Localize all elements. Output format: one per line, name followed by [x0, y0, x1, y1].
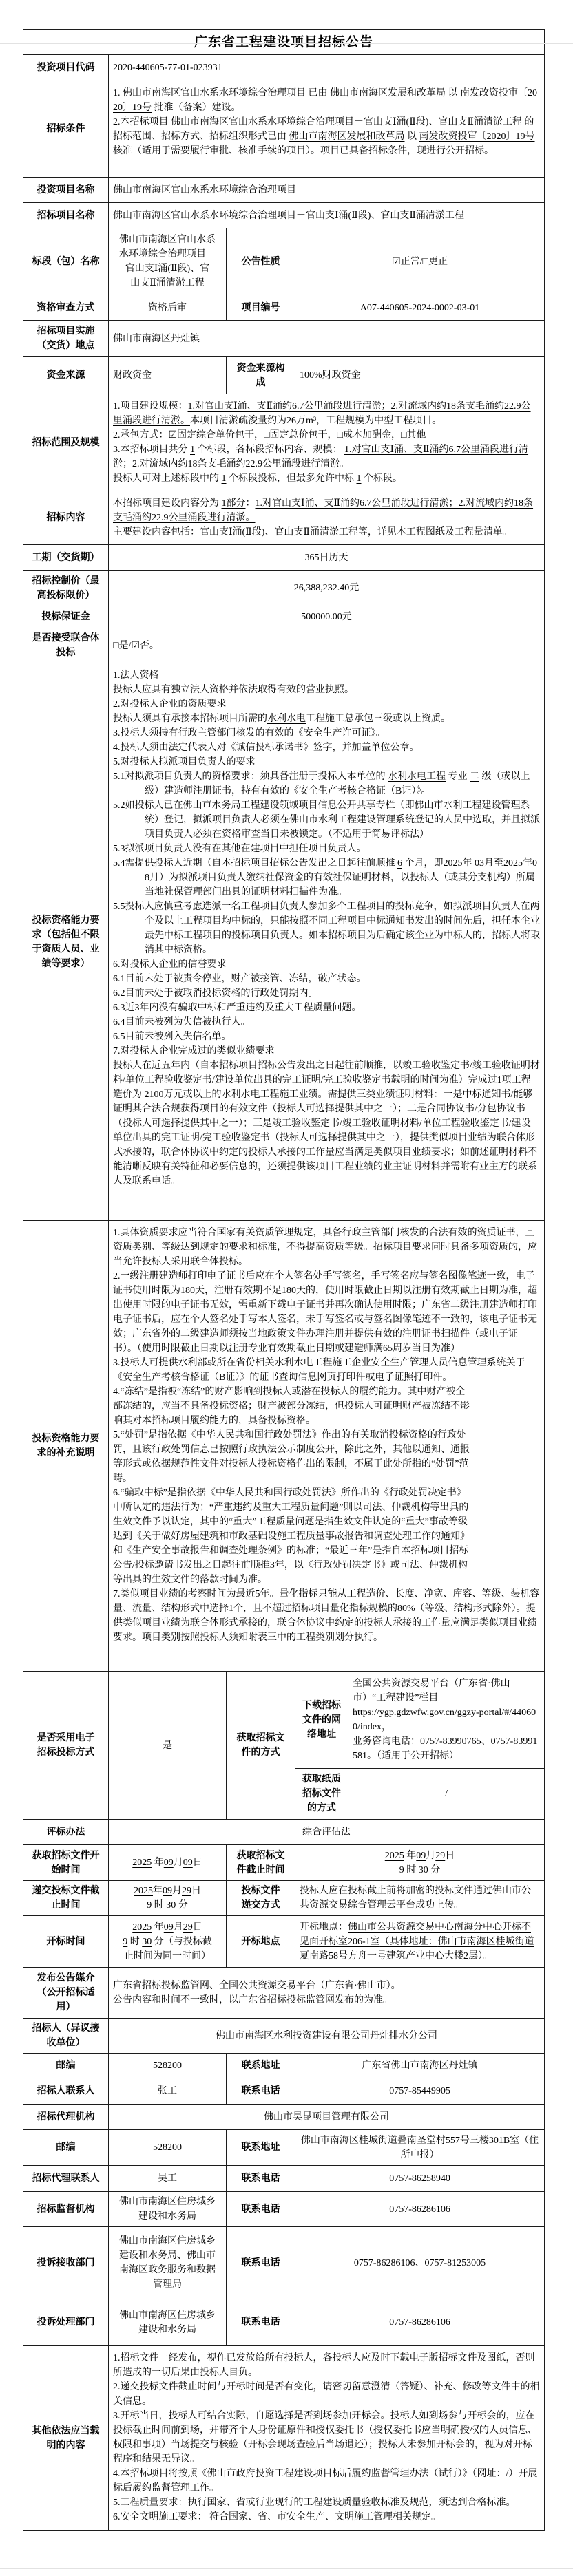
location-value: 佛山市南海区丹灶镇 — [109, 321, 545, 357]
media-value: 广东省招标投标监管网、全国公共资源交易平台（广东省·佛山市）。公告内容和时间不一… — [109, 1968, 545, 2019]
download-address-value: 全国公共资源交易平台（广东省·佛山市）“工程建设”栏目。https://ygp.… — [348, 1672, 545, 1769]
tenderer-postcode-label: 邮编 — [23, 2054, 109, 2078]
duration-value: 365日历天 — [109, 545, 545, 571]
row-agency-contact: 招标代理联系人 吴工 联系电话 0757-86258940 — [23, 2166, 545, 2192]
submission-method-value: 投标人应在投标截止前将加密的投标文件通过佛山市公共资源交易综合管理云平台成功上传… — [295, 1881, 545, 1916]
agency-value: 佛山市昊昆项目管理有限公司 — [109, 2105, 545, 2130]
row-supervisor: 招标监督机构 佛山市南海区住房城乡 建设和水务局 联系电话 0757-86286… — [23, 2192, 545, 2227]
agency-address-value: 佛山市南海区桂城街道叠南圣堂村557号三楼301B室（住所申报） — [295, 2130, 545, 2166]
e-bidding-value: 是 — [109, 1672, 227, 1820]
complaint-handling-phone-value: 0757-86286106 — [295, 2299, 545, 2346]
location-label: 招标项目实施 （交货）地点 — [23, 321, 109, 357]
tenderer-contact-label: 招标人联系人 — [23, 2078, 109, 2105]
row-supplementary-notes: 投标资格能力要 求的补充说明 1.具体资质要求应当符合国家有关资质管理规定，具备… — [23, 1221, 545, 1672]
supervisor-phone-value: 0757-86286106 — [295, 2192, 545, 2227]
investment-name-label: 投资项目名称 — [23, 178, 109, 203]
row-content: 招标内容 本招标项目建设内容分为 1部分：1.对官山支Ⅰ涌、支Ⅱ涌约6.7公里涌… — [23, 491, 545, 545]
tender-name-label: 招标项目名称 — [23, 203, 109, 228]
tenderer-phone-label: 联系电话 — [227, 2078, 295, 2105]
bid-bond-value: 500000.00元 — [109, 606, 545, 628]
e-bidding-label: 是否采用电子 招标投标方式 — [23, 1672, 109, 1820]
row-e-bidding-download: 是否采用电子 招标投标方式 是 获取招标文 件的方式 下载招标 文件的网 络地址… — [23, 1672, 545, 1769]
qualification-review-label: 资格审查方式 — [23, 295, 109, 321]
doc-end-label: 获取招标文 件截止时间 — [227, 1845, 295, 1881]
other-contents-value: 1.招标文件一经发布，视作已发放给所有投标人，各投标人应及时下载电子版招标文件及… — [109, 2346, 545, 2531]
notice-nature-value: ☑正常/□更正 — [295, 228, 545, 295]
paper-doc-label: 获取纸质 招标文件 的方式 — [295, 1769, 348, 1820]
tender-name-value: 佛山市南海区官山水系水环境综合治理项目－官山支Ⅰ涌(Ⅱ段)、官山支Ⅱ涌清淤工程 — [109, 203, 545, 228]
tenderer-contact-value: 张工 — [109, 2078, 227, 2105]
complaint-receiving-label: 投诉接收部门 — [23, 2227, 109, 2299]
content-value: 本招标项目建设内容分为 1部分：1.对官山支Ⅰ涌、支Ⅱ涌约6.7公里涌段进行清淤… — [109, 491, 545, 545]
row-bid-bond: 投标保证金 500000.00元 — [23, 606, 545, 628]
funding-composition-label: 资金来源构 成 — [227, 357, 295, 394]
tenderer-address-value: 广东省佛山市南海区丹灶镇 — [295, 2054, 545, 2078]
page-divider-bottom — [0, 2568, 573, 2569]
bid-opening-time-label: 开标时间 — [23, 1916, 109, 1968]
row-scope: 招标范围及规模 1.项目建设规模：1.对官山支Ⅰ涌、支Ⅱ涌约6.7公里涌段进行清… — [23, 394, 545, 491]
row-project-code: 投资项目代码 2020-440605-77-01-023931 — [23, 55, 545, 81]
notice-nature-label: 公告性质 — [227, 228, 295, 295]
project-number-label: 项目编号 — [227, 295, 295, 321]
row-control-price: 招标控制价（最 高投标限价） 26,388,232.40元 — [23, 571, 545, 606]
tenderer-phone-value: 0757-85449905 — [295, 2078, 545, 2105]
funding-label: 资金来源 — [23, 357, 109, 394]
tenderer-label: 招标人（异议接 收单位） — [23, 2019, 109, 2054]
agency-contact-value: 吴工 — [109, 2166, 227, 2192]
submission-deadline-value: 2025年09月29日9 时 30 分 — [109, 1881, 227, 1916]
row-doc-time: 获取招标文件开 始时间 2025 年09月09日 获取招标文 件截止时间 202… — [23, 1845, 545, 1881]
project-code-value: 2020-440605-77-01-023931 — [109, 55, 545, 81]
doc-start-label: 获取招标文件开 始时间 — [23, 1845, 109, 1881]
project-number-value: A07-440605-2024-0002-03-01 — [295, 295, 545, 321]
tenderer-address-label: 联系地址 — [227, 2054, 295, 2078]
agency-postcode-value: 528200 — [109, 2130, 227, 2166]
submission-method-label: 投标文件 递交方式 — [227, 1881, 295, 1916]
row-tender-conditions: 招标条件 1. 佛山市南海区官山水系水环境综合治理项目 已由 佛山市南海区发展和… — [23, 81, 545, 178]
control-price-label: 招标控制价（最 高投标限价） — [23, 571, 109, 606]
page-title: 广东省工程建设项目招标公告 — [23, 30, 545, 55]
submission-deadline-label: 递交投标文件截 止时间 — [23, 1881, 109, 1916]
row-location: 招标项目实施 （交货）地点 佛山市南海区丹灶镇 — [23, 321, 545, 357]
paper-doc-value: / — [348, 1769, 545, 1820]
row-agency-postcode: 邮编 528200 联系地址 佛山市南海区桂城街道叠南圣堂村557号三楼301B… — [23, 2130, 545, 2166]
tender-announcement-table: 广东省工程建设项目招标公告 投资项目代码 2020-440605-77-01-0… — [23, 29, 545, 2531]
complaint-receiving-value: 佛山市南海区住房城乡 建设和水务局、佛山市 南海区政务服务和数据 管理局 — [109, 2227, 227, 2299]
row-other-contents: 其他依法应当载 明的内容 1.招标文件一经发布，视作已发放给所有投标人，各投标人… — [23, 2346, 545, 2531]
other-contents-label: 其他依法应当载 明的内容 — [23, 2346, 109, 2531]
consortium-label: 是否接受联合体 投标 — [23, 628, 109, 663]
page-divider-top — [0, 43, 573, 44]
bid-opening-time-value: 2025 年09月29日9 时 30 分（与投标截止时间为同一时间） — [109, 1916, 227, 1968]
complaint-receiving-phone-label: 联系电话 — [227, 2227, 295, 2299]
qualification-requirements-value: 1.法人资格投标人应具有独立法人资格并依法取得有效的营业执照。2.对投标人企业的… — [109, 663, 545, 1221]
funding-value: 财政资金 — [109, 357, 227, 394]
agency-phone-label: 联系电话 — [227, 2166, 295, 2192]
row-tenderer-contact: 招标人联系人 张工 联系电话 0757-85449905 — [23, 2078, 545, 2105]
evaluation-method-label: 评标办法 — [23, 1820, 109, 1845]
row-qualification-review: 资格审查方式 资格后审 项目编号 A07-440605-2024-0002-03… — [23, 295, 545, 321]
complaint-receiving-phone-value: 0757-86286106、0757-81253005 — [295, 2227, 545, 2299]
qualification-requirements-label: 投标资格能力要 求（包括但不限 于资质人员、业 绩等要求） — [23, 663, 109, 1221]
agency-address-label: 联系地址 — [227, 2130, 295, 2166]
scope-value: 1.项目建设规模：1.对官山支Ⅰ涌、支Ⅱ涌约6.7公里涌段进行清淤；2.对流域内… — [109, 394, 545, 491]
supervisor-label: 招标监督机构 — [23, 2192, 109, 2227]
supervisor-value: 佛山市南海区住房城乡 建设和水务局 — [109, 2192, 227, 2227]
agency-contact-label: 招标代理联系人 — [23, 2166, 109, 2192]
row-tenderer: 招标人（异议接 收单位） 佛山市南海区水利投资建设有限公司丹灶排水分公司 — [23, 2019, 545, 2054]
complaint-handling-value: 佛山市南海区住房城乡 建设和水务局 — [109, 2299, 227, 2346]
row-evaluation-method: 评标办法 综合评估法 — [23, 1820, 545, 1845]
row-media: 发布公告媒介 （公开招标适 用） 广东省招标投标监管网、全国公共资源交易平台（广… — [23, 1968, 545, 2019]
row-agency: 招标代理机构 佛山市昊昆项目管理有限公司 — [23, 2105, 545, 2130]
row-consortium: 是否接受联合体 投标 □是/☑否。 — [23, 628, 545, 663]
supervisor-phone-label: 联系电话 — [227, 2192, 295, 2227]
agency-postcode-label: 邮编 — [23, 2130, 109, 2166]
tenderer-postcode-value: 528200 — [109, 2054, 227, 2078]
row-investment-name: 投资项目名称 佛山市南海区官山水系水环境综合治理项目 — [23, 178, 545, 203]
bid-opening-place-label: 开标地点 — [227, 1916, 295, 1968]
row-complaint-receiving: 投诉接收部门 佛山市南海区住房城乡 建设和水务局、佛山市 南海区政务服务和数据 … — [23, 2227, 545, 2299]
row-duration: 工期（交货期） 365日历天 — [23, 545, 545, 571]
funding-composition-value: 100%财政资金 — [295, 357, 545, 394]
scope-label: 招标范围及规模 — [23, 394, 109, 491]
complaint-handling-label: 投诉处理部门 — [23, 2299, 109, 2346]
tender-conditions-value: 1. 佛山市南海区官山水系水环境综合治理项目 已由 佛山市南海区发展和改革局 以… — [109, 81, 545, 178]
complaint-handling-phone-label: 联系电话 — [227, 2299, 295, 2346]
row-tender-name: 招标项目名称 佛山市南海区官山水系水环境综合治理项目－官山支Ⅰ涌(Ⅱ段)、官山支… — [23, 203, 545, 228]
consortium-value: □是/☑否。 — [109, 628, 545, 663]
tender-conditions-label: 招标条件 — [23, 81, 109, 178]
doc-end-value: 2025 年09月29日9 时 30 分 — [295, 1845, 545, 1881]
section-name-label: 标段（包）名称 — [23, 228, 109, 295]
row-section-name: 标段（包）名称 佛山市南海区官山水系 水环境综合治理项目－ 官山支Ⅰ涌(Ⅱ段)、… — [23, 228, 545, 295]
title-row: 广东省工程建设项目招标公告 — [23, 30, 545, 55]
row-tenderer-postcode: 邮编 528200 联系地址 广东省佛山市南海区丹灶镇 — [23, 2054, 545, 2078]
project-code-label: 投资项目代码 — [23, 55, 109, 81]
duration-label: 工期（交货期） — [23, 545, 109, 571]
investment-name-value: 佛山市南海区官山水系水环境综合治理项目 — [109, 178, 545, 203]
row-complaint-handling: 投诉处理部门 佛山市南海区住房城乡 建设和水务局 联系电话 0757-86286… — [23, 2299, 545, 2346]
doc-obtain-method-label: 获取招标文 件的方式 — [227, 1672, 295, 1820]
download-address-label: 下载招标 文件的网 络地址 — [295, 1672, 348, 1769]
row-bid-opening: 开标时间 2025 年09月29日9 时 30 分（与投标截止时间为同一时间） … — [23, 1916, 545, 1968]
control-price-value: 26,388,232.40元 — [109, 571, 545, 606]
row-submission: 递交投标文件截 止时间 2025年09月29日9 时 30 分 投标文件 递交方… — [23, 1881, 545, 1916]
section-name-value: 佛山市南海区官山水系 水环境综合治理项目－ 官山支Ⅰ涌(Ⅱ段)、官 山支Ⅱ涌清淤… — [109, 228, 227, 295]
bid-bond-label: 投标保证金 — [23, 606, 109, 628]
row-qualification-requirements: 投标资格能力要 求（包括但不限 于资质人员、业 绩等要求） 1.法人资格投标人应… — [23, 663, 545, 1221]
supplementary-notes-value: 1.具体资质要求应当符合国家有关资质管理规定，具备行政主管部门核发的合法有效的资… — [109, 1221, 545, 1672]
qualification-review-value: 资格后审 — [109, 295, 227, 321]
bid-opening-place-value: 开标地点：佛山市公共资源交易中心南海分中心开标不见面开标室206-1室（具体地址… — [295, 1916, 545, 1968]
row-funding: 资金来源 财政资金 资金来源构 成 100%财政资金 — [23, 357, 545, 394]
supplementary-notes-label: 投标资格能力要 求的补充说明 — [23, 1221, 109, 1672]
media-label: 发布公告媒介 （公开招标适 用） — [23, 1968, 109, 2019]
tenderer-value: 佛山市南海区水利投资建设有限公司丹灶排水分公司 — [109, 2019, 545, 2054]
agency-label: 招标代理机构 — [23, 2105, 109, 2130]
doc-start-value: 2025 年09月09日 — [109, 1845, 227, 1881]
agency-phone-value: 0757-86258940 — [295, 2166, 545, 2192]
content-label: 招标内容 — [23, 491, 109, 545]
evaluation-method-value: 综合评估法 — [109, 1820, 545, 1845]
